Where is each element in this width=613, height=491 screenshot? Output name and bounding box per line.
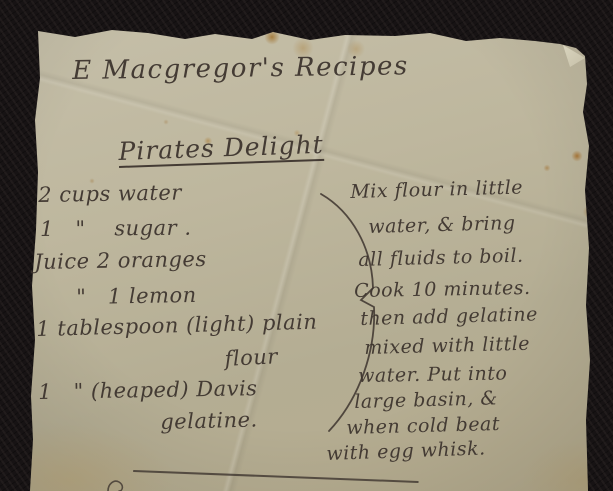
- ingredient-line: 1 " sugar .: [40, 216, 192, 241]
- ingredient-line: gelatine.: [160, 407, 258, 434]
- ingredient-line: 1 " (heaped) Davis: [38, 376, 258, 404]
- method-line: water, & bring: [368, 212, 516, 238]
- method-line: when cold beat: [346, 413, 500, 439]
- method-line: Cook 10 minutes.: [354, 277, 531, 302]
- method-line: all fluids to boil.: [358, 245, 524, 271]
- method-line: large basin, &: [354, 387, 498, 413]
- method-line: Mix flour in little: [350, 176, 523, 203]
- ingredient-line: 2 cups water: [38, 180, 182, 207]
- ingredient-line: " 1 lemon: [76, 283, 197, 309]
- ingredient-line: Juice 2 oranges: [34, 247, 207, 274]
- method-line: water. Put into: [358, 362, 508, 387]
- method-line: then add gelatine: [360, 303, 538, 330]
- photo-of-recipe-card: E Macgregor's Recipes Pirates Delight 2 …: [0, 0, 613, 491]
- ingredient-line: flour: [224, 344, 278, 371]
- method-line: mixed with little: [364, 333, 530, 359]
- recipes-owner-title: E Macgregor's Recipes: [72, 51, 409, 86]
